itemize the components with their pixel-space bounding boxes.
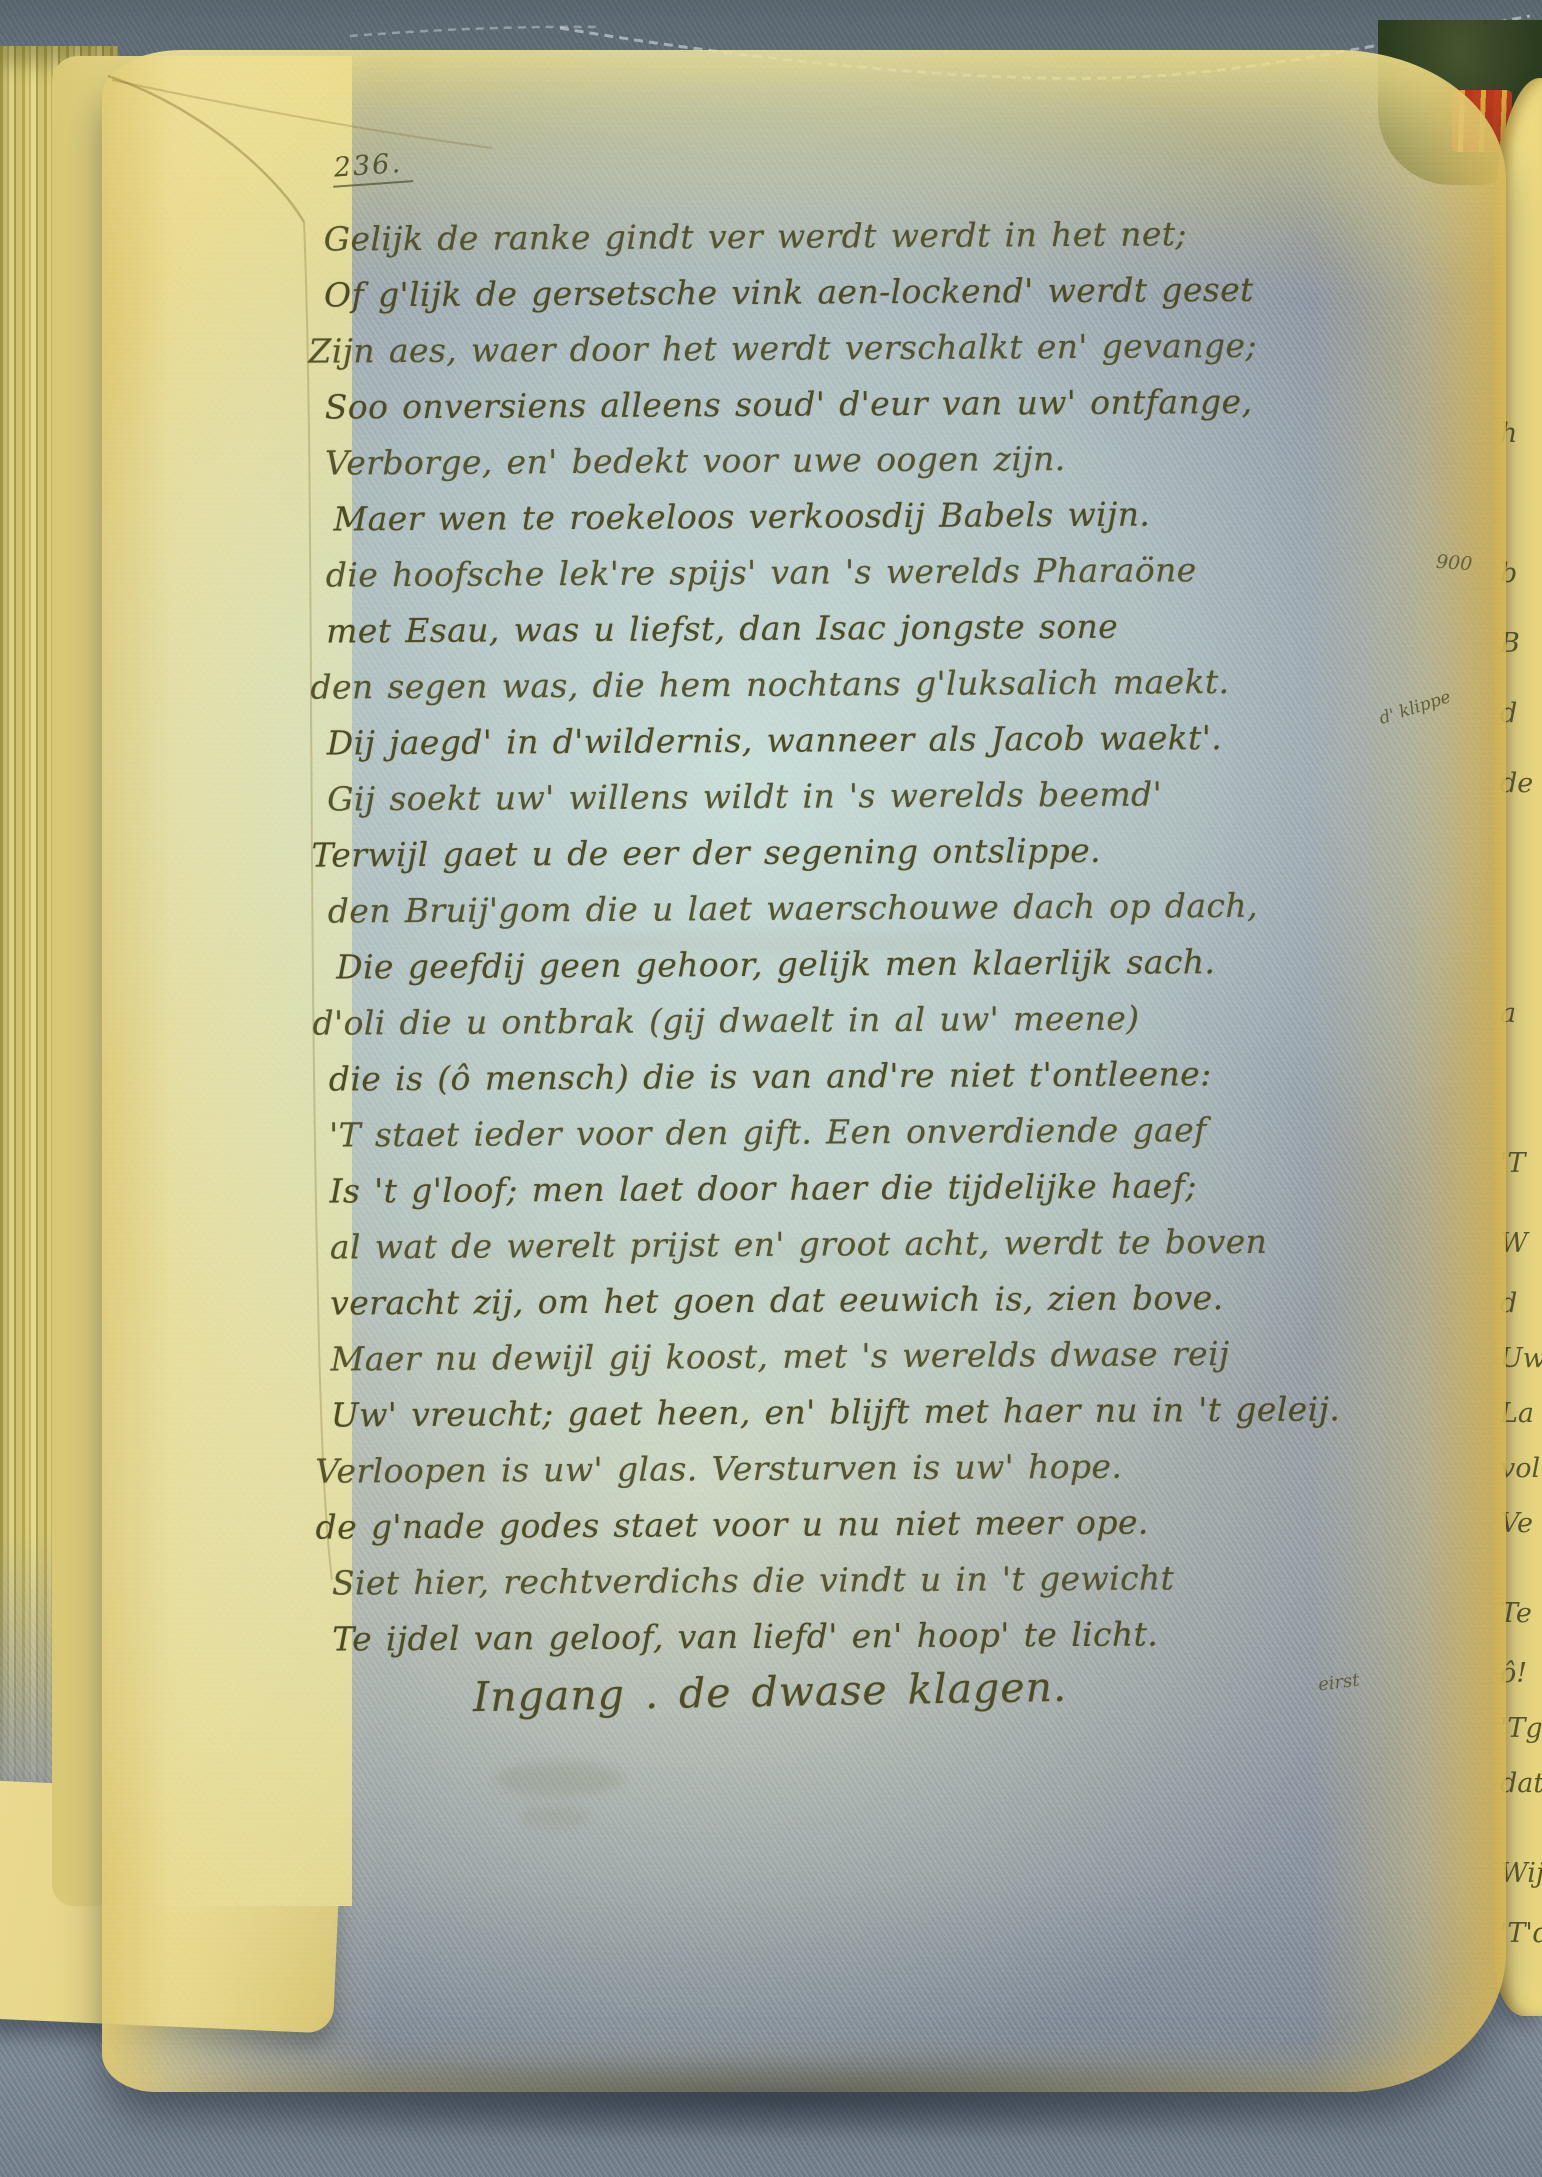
facing-page-text-fragment: 'T'd [1500, 1918, 1542, 1949]
poem-line: Die geefdij geen gehoor, gelijk men klae… [336, 932, 1488, 995]
poem-line: Gelijk de ranke gindt ver werdt werdt in… [324, 204, 1484, 267]
facing-page-text-fragment: vol [1500, 1453, 1540, 1484]
poem-line: veracht zij, om het goen dat eeuwich is,… [330, 1268, 1490, 1331]
poem-line: Uw' vreucht; gaet heen, en' blijft met h… [331, 1380, 1491, 1443]
poem-line: Terwijl gaet u de eer der segening ontsl… [311, 820, 1487, 883]
page-drop-shadow [120, 2052, 1450, 2142]
poem-line: den segen was, die hem nochtans g'luksal… [310, 652, 1486, 715]
poem-line: die hoofsche lek're spijs' van 's wereld… [326, 540, 1486, 603]
poem-line: Is 't g'loof; men laet door haer die tij… [329, 1156, 1489, 1219]
poem-line: Maer nu dewijl gij koost, met 's werelds… [330, 1324, 1490, 1387]
pencil-smudge [520, 1806, 590, 1828]
margin-number-note: 900 [1435, 551, 1473, 575]
poem-line: Verloopen is uw' glas. Versturven is uw'… [315, 1436, 1491, 1499]
poem-text-block: Gelijk de ranke gindt ver werdt werdt in… [324, 204, 1493, 1667]
page-number: 236. [331, 147, 413, 188]
poem-line: al wat de werelt prijst en' groot acht, … [330, 1212, 1490, 1275]
poem-line: Gij soekt uw' willens wildt in 's wereld… [327, 764, 1487, 827]
poem-line: Soo onversiens alleens soud' d'eur van u… [325, 372, 1485, 435]
poem-line: Te ijdel van geloof, van liefd' en' hoop… [332, 1604, 1492, 1667]
facing-page-text-fragment: Uw [1500, 1343, 1542, 1374]
poem-line: d'oli die u ontbrak (gij dwaelt in al uw… [312, 988, 1488, 1051]
poem-line: den Bruij'gom die u laet waerschouwe dac… [328, 876, 1488, 939]
poem-line: Zijn aes, waer door het werdt verschalkt… [308, 316, 1484, 379]
poem-line: Maer wen te roekeloos verkoosdij Babels … [333, 484, 1485, 547]
poem-line: Dij jaegd' in d'wildernis, wanneer als J… [327, 708, 1487, 771]
pencil-smudge [495, 1762, 625, 1796]
poem-line: 'T staet ieder voor den gift. Een onverd… [329, 1100, 1489, 1163]
facing-page-text-fragment: Wij [1500, 1858, 1542, 1889]
poem-line: die is (ô mensch) die is van and're niet… [329, 1044, 1489, 1107]
facing-page-text-fragment: dat [1500, 1768, 1542, 1799]
facing-page-text-fragment: 'Tg [1500, 1713, 1542, 1744]
poem-line: Verborge, en' bedekt voor uwe oogen zijn… [325, 428, 1485, 491]
poem-line: Siet hier, rechtverdichs die vindt u in … [332, 1548, 1492, 1611]
poem-line: de g'nade godes staet voor u nu niet mee… [315, 1492, 1491, 1555]
poem-line: Of g'lijk de gersetsche vink aen-lockend… [324, 260, 1484, 323]
poem-line: met Esau, was u liefst, dan Isac jongste… [326, 596, 1486, 659]
manuscript-photo: hbBddea'TWdUwLavolVeTeô!'TgdatWij'T'd 23… [0, 0, 1542, 2177]
